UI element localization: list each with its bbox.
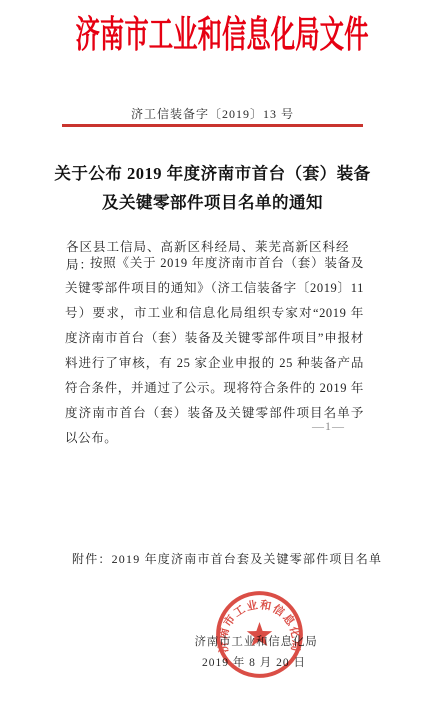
- red-divider-line: [62, 124, 363, 127]
- document-title: 关于公布 2019 年度济南市首台（套）装备 及关键零部件项目名单的通知: [0, 159, 425, 217]
- attachment-line: 附件：2019 年度济南市首台套及关键零部件项目名单: [72, 550, 392, 567]
- masthead: 济南市工业和信息化局文件: [0, 12, 425, 60]
- document-title-line1: 关于公布 2019 年度济南市首台（套）装备: [0, 159, 425, 188]
- page-number: —1—: [312, 419, 345, 434]
- masthead-text: 济南市工业和信息化局文件: [75, 12, 368, 60]
- issue-date: 2019 年 8 月 20 日: [202, 654, 306, 670]
- document-number: 济工信装备字〔2019〕13 号: [0, 105, 425, 122]
- issuing-authority: 济南市工业和信息化局: [195, 633, 318, 649]
- document-page: 济南市工业和信息化局文件 济工信装备字〔2019〕13 号 关于公布 2019 …: [0, 0, 425, 710]
- document-title-line2: 及关键零部件项目名单的通知: [0, 188, 425, 217]
